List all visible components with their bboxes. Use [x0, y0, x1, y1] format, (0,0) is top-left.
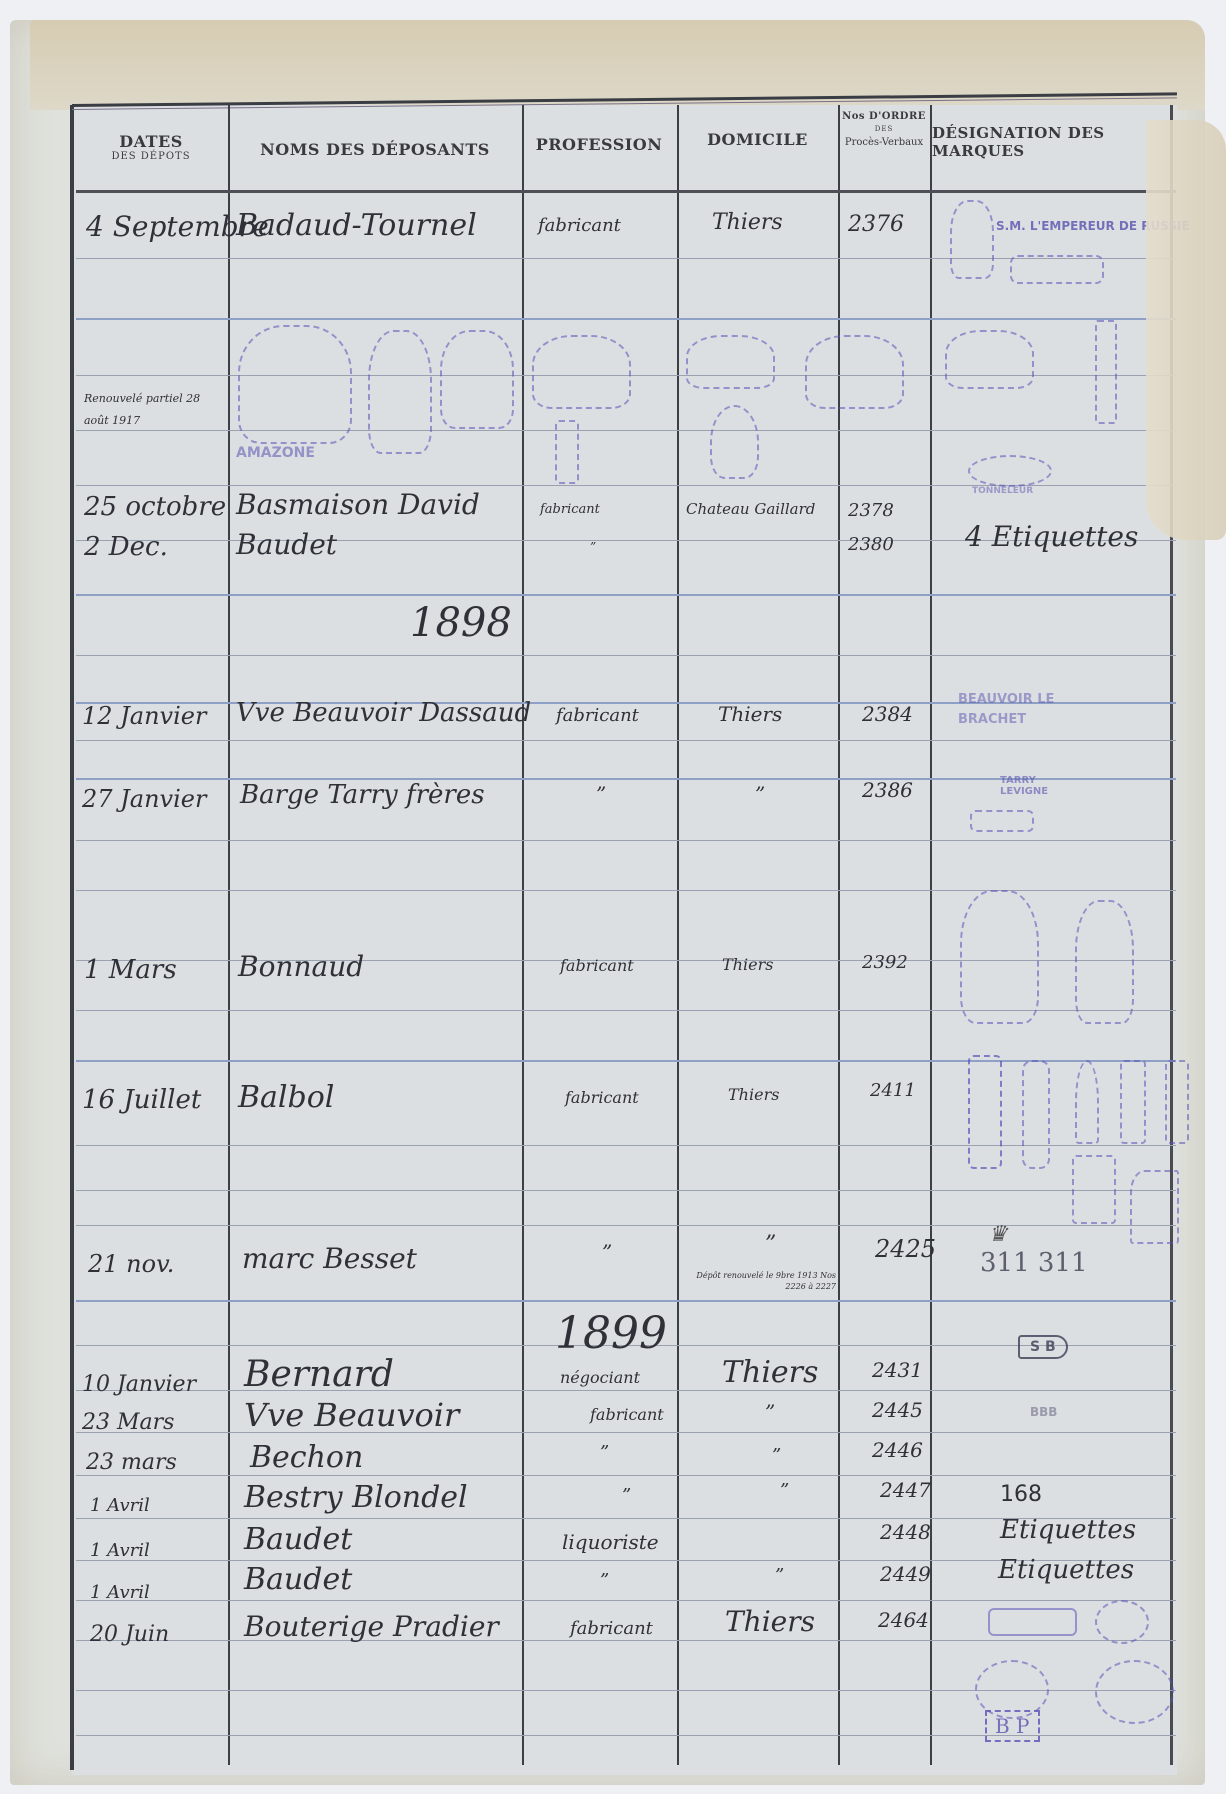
crown-portrait-icon — [950, 200, 994, 279]
entry-domicile: ” — [755, 782, 765, 806]
barrel-sketch-icon — [968, 455, 1052, 487]
cherub-sketch-icon — [532, 335, 631, 409]
mark-tarry: TARRY LEVIGNE — [1000, 775, 1060, 797]
ruled-line — [76, 1060, 1176, 1062]
header-dates: DATES DES DÉPOTS — [76, 132, 226, 162]
renewal-note: Dépôt renouvelé le 9bre 1913 Nos 2226 à … — [676, 1270, 836, 1292]
column-divider — [228, 105, 230, 1765]
entry-domicile: ” — [775, 1565, 784, 1586]
rider-sketch-icon — [686, 335, 775, 389]
ruled-line — [76, 1600, 1176, 1601]
entry-number: 2449 — [880, 1562, 931, 1586]
entry-number: 2448 — [880, 1520, 931, 1544]
entry-domicile: Thiers — [712, 210, 783, 235]
entry-number: 2380 — [848, 534, 894, 555]
header-order-number: Nos D'ORDRE DES Procès-Verbaux — [840, 110, 928, 149]
column-divider — [522, 105, 524, 1765]
header-order-number-subtitle: Procès-Verbaux — [840, 136, 928, 149]
ruled-line — [76, 594, 1176, 596]
entry-profession: ” — [622, 1485, 631, 1506]
mark-311: 311 311 — [980, 1248, 1088, 1278]
blade-icon — [1130, 1170, 1179, 1244]
oval-stamp-icon — [1095, 1600, 1149, 1644]
handshake-icon — [1010, 255, 1104, 284]
entry-domicile: Thiers — [722, 1355, 818, 1390]
entry-name: Baudet — [236, 528, 337, 561]
entry-domicile: ” — [772, 1445, 781, 1466]
knife-stamp-icon — [988, 1608, 1077, 1636]
angel-sketch-icon — [440, 330, 514, 429]
ruled-line — [76, 840, 1176, 841]
entry-name: Bestry Blondel — [244, 1480, 468, 1515]
entry-profession: ” — [600, 1442, 609, 1463]
entry-date: 1 Avril — [90, 1540, 150, 1561]
entry-date: 10 Janvier — [82, 1372, 196, 1397]
knife-sketch-icon — [555, 420, 579, 484]
ruled-line — [76, 1390, 1176, 1391]
balloon-sketch-icon — [710, 405, 759, 479]
entry-profession: liquoriste — [562, 1530, 659, 1554]
mark-beauvoir: BEAUVOIR LE BRACHET — [958, 690, 1078, 730]
entry-number: 2378 — [848, 500, 894, 521]
entry-profession: fabricant — [560, 956, 634, 975]
entry-date: 23 mars — [86, 1450, 177, 1475]
entry-domicile: Thiers — [728, 1085, 779, 1104]
entry-domicile: Chateau Gaillard — [686, 500, 815, 518]
ruled-line — [76, 740, 1176, 741]
entry-date: 21 nov. — [88, 1250, 174, 1278]
mark-stamp-emperor: S.M. L'EMPEREUR DE RUSSIE — [996, 220, 1136, 233]
handle-icon — [1072, 1155, 1116, 1224]
header-profession: PROFESSION — [524, 135, 674, 154]
entry-number: 2384 — [862, 702, 913, 726]
column-divider — [930, 105, 932, 1765]
ruled-line — [76, 1190, 1176, 1191]
crown-icon: ♛ — [988, 1222, 1008, 1247]
amazon-rider-sketch-icon — [238, 325, 352, 444]
ruled-line — [76, 1475, 1176, 1476]
entry-domicile: ” — [765, 1400, 775, 1424]
entry-date: 20 Juin — [90, 1622, 169, 1647]
entry-date: 2 Dec. — [84, 532, 168, 562]
entry-name: Bechon — [250, 1440, 363, 1475]
entry-number: 2425 — [875, 1235, 936, 1263]
entry-number: 2431 — [872, 1358, 923, 1382]
entry-number: 2411 — [870, 1080, 916, 1101]
ruled-line — [76, 1145, 1176, 1146]
entry-profession: fabricant — [556, 705, 639, 726]
entry-name: Balbol — [238, 1080, 334, 1115]
entry-name: Badaud-Tournel — [236, 208, 477, 243]
entry-domicile: ” — [780, 1480, 789, 1501]
header-order-number-title: Nos D'ORDRE — [842, 111, 926, 122]
header-dates-title: DATES — [119, 132, 183, 151]
tool-icon — [1120, 1060, 1146, 1144]
entry-name: Barge Tarry frères — [240, 780, 485, 810]
entry-date: 27 Janvier — [82, 785, 206, 813]
entry-profession: ” — [602, 1240, 612, 1264]
entry-number: 2447 — [880, 1478, 931, 1502]
entry-profession: fabricant — [570, 1618, 653, 1639]
entry-number: 2446 — [872, 1438, 923, 1462]
entry-domicile: Thiers — [725, 1605, 815, 1638]
entry-name: Basmaison David — [236, 488, 480, 521]
header-order-number-des: DES — [840, 123, 928, 136]
entry-profession: fabricant — [538, 215, 621, 236]
table-border-left — [70, 105, 74, 1770]
entry-name: Vve Beauvoir — [244, 1396, 459, 1434]
year-marker-1898: 1898 — [410, 600, 512, 646]
entry-profession: ” — [600, 1570, 609, 1591]
entry-profession: ” — [590, 540, 596, 554]
ruled-line — [76, 1300, 1176, 1302]
entry-name: Vve Beauvoir Dassaud — [236, 698, 531, 728]
signpost-sketch-icon — [1095, 320, 1117, 424]
entry-number: 2386 — [862, 778, 913, 802]
entry-date: 12 Janvier — [82, 702, 206, 730]
torn-page-edge — [1146, 120, 1226, 540]
entry-number: 2464 — [878, 1608, 929, 1632]
column-divider — [677, 105, 679, 1765]
entry-mark: Etiquettes — [998, 1555, 1134, 1585]
ruled-line — [76, 1225, 1176, 1226]
entry-number: 2392 — [862, 952, 908, 973]
ruled-line — [76, 1640, 1176, 1641]
tool-icon — [1165, 1060, 1189, 1144]
mark-bp: B P — [985, 1710, 1040, 1742]
corkscrew-icon — [1022, 1060, 1050, 1169]
entry-domicile: Thiers — [722, 955, 773, 974]
entry-profession: ” — [596, 782, 606, 806]
entry-date: 1 Avril — [90, 1582, 150, 1603]
header-designation: DÉSIGNATION DES MARQUES — [932, 124, 1172, 160]
entry-profession: fabricant — [590, 1405, 664, 1424]
entry-profession: fabricant — [540, 502, 600, 517]
entry-name: Bernard — [244, 1354, 394, 1395]
figure-sketch-icon — [368, 330, 432, 454]
entry-date: 1 Avril — [90, 1495, 150, 1516]
corkscrew-stamp-icon — [970, 810, 1034, 832]
horse-sketch-icon — [805, 335, 904, 409]
entry-name: Baudet — [244, 1522, 352, 1557]
header-names: NOMS DES DÉPOSANTS — [230, 140, 520, 159]
mark-sb-label: S B — [1018, 1335, 1068, 1359]
entry-date: 25 octobre — [84, 492, 226, 522]
figure-sketch-icon — [1075, 900, 1134, 1024]
oval-stamp-icon — [1095, 1660, 1174, 1724]
entry-name: Bouterige Pradier — [244, 1610, 499, 1643]
entry-date: 1 Mars — [84, 955, 177, 985]
ruled-line — [76, 1432, 1176, 1433]
header-domicile: DOMICILE — [679, 130, 836, 149]
mark-tonneleur: TONNELEUR — [972, 486, 1033, 496]
ruled-line — [76, 318, 1176, 320]
mark-amazone: AMAZONE — [236, 445, 315, 461]
entry-number: 2445 — [872, 1398, 923, 1422]
hat-figure-sketch-icon — [945, 330, 1034, 389]
entry-domicile: Thiers — [718, 702, 782, 726]
header-dates-subtitle: DES DÉPOTS — [76, 151, 226, 162]
entry-domicile: ” — [765, 1232, 776, 1257]
entry-name: Bonnaud — [238, 950, 364, 983]
entry-date: 16 Juillet — [82, 1085, 201, 1115]
cat-sketch-icon — [960, 890, 1039, 1024]
mark-168: 168 — [1000, 1482, 1042, 1507]
ruled-line — [76, 655, 1176, 656]
entry-mark: 4 Etiquettes — [965, 520, 1138, 553]
year-marker-1899: 1899 — [555, 1308, 667, 1359]
entry-name: Baudet — [244, 1562, 352, 1597]
entry-profession: négociant — [560, 1368, 640, 1387]
key-icon — [1075, 1060, 1099, 1144]
entry-date: 23 Mars — [82, 1410, 174, 1435]
entry-profession: fabricant — [565, 1088, 639, 1107]
entry-number: 2376 — [848, 212, 904, 237]
mark-bbb: BBB — [1030, 1405, 1057, 1419]
margin-note: Renouvelé partiel 28 août 1917 — [84, 388, 224, 432]
corkscrew-icon — [968, 1055, 1002, 1169]
header-rule — [76, 190, 1176, 193]
entry-mark: Etiquettes — [1000, 1515, 1136, 1545]
entry-name: marc Besset — [242, 1242, 417, 1275]
